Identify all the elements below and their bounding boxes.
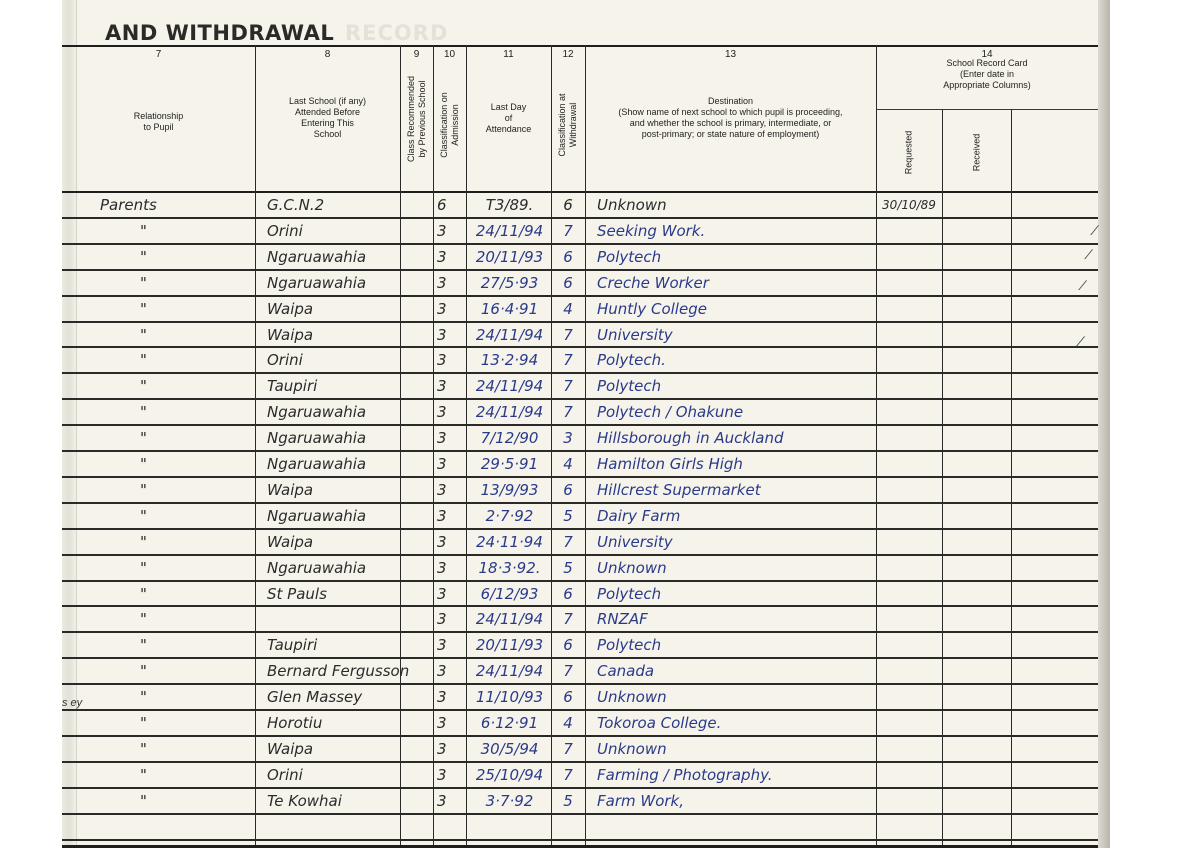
cell-class-withdrawal: 7 — [555, 322, 581, 348]
header-col10: Classification onAdmission — [439, 70, 461, 180]
table-row: "St Pauls36/12/936Polytech — [62, 581, 1098, 607]
cell-last-day: 25/10/94 — [468, 762, 551, 788]
cell-destination: Unknown — [597, 555, 874, 581]
cell-last-day: 3·7·92 — [468, 788, 551, 814]
cell-relationship: " — [140, 347, 280, 373]
table-row: "Ngaruawahia327/5·936Creche Worker — [62, 270, 1098, 296]
header-line: and whether the school is primary, inter… — [585, 118, 876, 129]
header-col7: Relationshipto Pupil — [62, 111, 255, 133]
cell-last-school: Waipa — [267, 296, 398, 322]
table-row: ParentsG.C.N.26T3/89.6Unknown30/10/89 — [62, 192, 1098, 218]
cell-last-day: 20/11/93 — [468, 632, 551, 658]
cell-relationship: " — [140, 503, 280, 529]
cell-class-withdrawal: 7 — [555, 218, 581, 244]
header-line: (Enter date in — [876, 69, 1098, 80]
column-number: 7 — [62, 49, 255, 60]
cell-destination: University — [597, 322, 874, 348]
table-row: "Orini313·2·947Polytech. — [62, 347, 1098, 373]
cell-class-admission: 6 — [437, 192, 461, 218]
table-row: "Waipa313/9/936Hillcrest Supermarket — [62, 477, 1098, 503]
column-number: 12 — [551, 49, 585, 60]
cell-last-school: Waipa — [267, 322, 398, 348]
cell-last-day: 16·4·91 — [468, 296, 551, 322]
header-line: Appropriate Columns) — [876, 80, 1098, 91]
cell-last-day: 24·11·94 — [468, 529, 551, 555]
cell-last-day: 24/11/94 — [468, 658, 551, 684]
cell-destination: Tokoroa College. — [597, 710, 874, 736]
header-line: Last School (if any) — [255, 96, 400, 107]
header-line: to Pupil — [62, 122, 255, 133]
cell-class-withdrawal: 4 — [555, 296, 581, 322]
header-col12: Classification atWithdrawal — [557, 70, 579, 180]
cell-destination: Unknown — [597, 736, 874, 762]
cell-destination: Polytech — [597, 244, 874, 270]
cell-last-school: G.C.N.2 — [267, 192, 398, 218]
header-col8: Last School (if any)Attended BeforeEnter… — [255, 96, 400, 140]
cell-last-school: Waipa — [267, 529, 398, 555]
cell-class-admission: 3 — [437, 477, 461, 503]
column-number: 11 — [466, 49, 551, 60]
cell-last-day: 24/11/94 — [468, 399, 551, 425]
cell-class-withdrawal: 6 — [555, 684, 581, 710]
cell-destination: Unknown — [597, 684, 874, 710]
column-number: 10 — [433, 49, 466, 60]
header-line: Attended Before — [255, 107, 400, 118]
cell-destination: Dairy Farm — [597, 503, 874, 529]
header-col11: Last DayofAttendance — [466, 102, 551, 135]
cell-last-school: Te Kowhai — [267, 788, 398, 814]
check-mark-icon: ∕ — [1080, 333, 1082, 349]
cell-class-admission: 3 — [437, 503, 461, 529]
cell-last-school: Taupiri — [267, 373, 398, 399]
cell-relationship: " — [140, 762, 280, 788]
cell-last-day: 24/11/94 — [468, 218, 551, 244]
cell-last-school: Ngaruawahia — [267, 503, 398, 529]
cell-relationship: " — [140, 632, 280, 658]
cell-last-day: 13/9/93 — [468, 477, 551, 503]
cell-class-admission: 3 — [437, 684, 461, 710]
table-row: "Orini324/11/947Seeking Work. — [62, 218, 1098, 244]
table-row: "Glen Massey311/10/936Unknown — [62, 684, 1098, 710]
cell-class-withdrawal: 7 — [555, 762, 581, 788]
header-col14: School Record Card(Enter date inAppropri… — [876, 58, 1098, 91]
header-line: School — [255, 129, 400, 140]
cell-relationship: " — [140, 399, 280, 425]
cell-class-admission: 3 — [437, 270, 461, 296]
cell-class-admission: 3 — [437, 373, 461, 399]
header-line: Attendance — [466, 124, 551, 135]
cell-relationship: " — [140, 555, 280, 581]
cell-destination: RNZAF — [597, 606, 874, 632]
header-line: (Show name of next school to which pupil… — [585, 107, 876, 118]
cell-last-day: 2·7·92 — [468, 503, 551, 529]
cell-destination: Seeking Work. — [597, 218, 874, 244]
cell-destination: Farming / Photography. — [597, 762, 874, 788]
check-mark-icon: ∕ — [1082, 277, 1084, 293]
header-line: Relationship — [62, 111, 255, 122]
cell-class-withdrawal: 5 — [555, 788, 581, 814]
cell-relationship: Parents — [100, 192, 240, 218]
cell-last-day: 27/5·93 — [468, 270, 551, 296]
header-line: Class Recommended — [406, 59, 417, 179]
cell-last-day: 24/11/94 — [468, 606, 551, 632]
cell-class-withdrawal: 6 — [555, 581, 581, 607]
cell-class-admission: 3 — [437, 296, 461, 322]
cell-class-admission: 3 — [437, 244, 461, 270]
cell-class-admission: 3 — [437, 347, 461, 373]
table-row: "Waipa330/5/947Unknown — [62, 736, 1098, 762]
header-line: Admission — [450, 70, 461, 180]
table-row: "Ngaruawahia318·3·92.5Unknown — [62, 555, 1098, 581]
cell-class-withdrawal: 7 — [555, 399, 581, 425]
header-col9: Class Recommendedby Previous School — [406, 59, 428, 179]
cell-last-day: 11/10/93 — [468, 684, 551, 710]
cell-class-withdrawal: 6 — [555, 270, 581, 296]
cell-class-withdrawal: 4 — [555, 710, 581, 736]
cell-last-school: Ngaruawahia — [267, 425, 398, 451]
left-margin-note: s ey — [62, 697, 82, 709]
cell-class-withdrawal: 6 — [555, 192, 581, 218]
cell-last-school: Ngaruawahia — [267, 244, 398, 270]
cell-class-admission: 3 — [437, 555, 461, 581]
header-col13: Destination(Show name of next school to … — [585, 96, 876, 140]
cell-class-admission: 3 — [437, 218, 461, 244]
cell-destination: Polytech. — [597, 347, 874, 373]
cell-class-admission: 3 — [437, 399, 461, 425]
cell-destination: Hamilton Girls High — [597, 451, 874, 477]
cell-last-day: 30/5/94 — [468, 736, 551, 762]
column-number: 8 — [255, 49, 400, 60]
column-number: 13 — [585, 49, 876, 60]
table-row: "Ngaruawahia37/12/903Hillsborough in Auc… — [62, 425, 1098, 451]
cell-destination: Polytech — [597, 632, 874, 658]
cell-last-school: Ngaruawahia — [267, 270, 398, 296]
cell-last-school: St Pauls — [267, 581, 398, 607]
cell-last-school: Glen Massey — [267, 684, 398, 710]
header-line: by Previous School — [417, 59, 428, 179]
cell-last-school: Horotiu — [267, 710, 398, 736]
cell-class-admission: 3 — [437, 658, 461, 684]
cell-class-withdrawal: 5 — [555, 503, 581, 529]
cell-relationship: " — [140, 710, 280, 736]
page-title: AND WITHDRAWAL — [105, 21, 334, 45]
cell-class-withdrawal: 7 — [555, 347, 581, 373]
cell-last-school: Ngaruawahia — [267, 555, 398, 581]
check-mark-icon: ∕ — [1094, 222, 1096, 238]
cell-last-day: 18·3·92. — [468, 555, 551, 581]
cell-class-admission: 3 — [437, 632, 461, 658]
cell-class-withdrawal: 5 — [555, 555, 581, 581]
cell-last-day: 24/11/94 — [468, 373, 551, 399]
cell-destination: Hillcrest Supermarket — [597, 477, 874, 503]
cell-class-admission: 3 — [437, 606, 461, 632]
header-line: Classification at — [557, 70, 568, 180]
cell-relationship: " — [140, 244, 280, 270]
cell-class-admission: 3 — [437, 529, 461, 555]
cell-destination: Creche Worker — [597, 270, 874, 296]
header-line: Entering This — [255, 118, 400, 129]
cell-last-school: Orini — [267, 347, 398, 373]
cell-relationship: " — [140, 529, 280, 555]
cell-last-day: 29·5·91 — [468, 451, 551, 477]
cell-requested: 30/10/89 — [878, 192, 940, 218]
header-line: of — [466, 113, 551, 124]
cell-destination: Polytech — [597, 581, 874, 607]
cell-class-withdrawal: 6 — [555, 244, 581, 270]
cell-class-withdrawal: 6 — [555, 477, 581, 503]
cell-destination: Hillsborough in Auckland — [597, 425, 874, 451]
table-row: "Waipa316·4·914Huntly College — [62, 296, 1098, 322]
cell-class-withdrawal: 7 — [555, 658, 581, 684]
table-row: "Horotiu36·12·914Tokoroa College. — [62, 710, 1098, 736]
cell-last-school: Waipa — [267, 736, 398, 762]
cell-last-school: Taupiri — [267, 632, 398, 658]
table-row: "Te Kowhai33·7·925Farm Work, — [62, 788, 1098, 814]
subheader-requested: Requested — [904, 113, 915, 193]
record-card-subheader-rule — [876, 109, 1098, 110]
cell-relationship: " — [140, 736, 280, 762]
cell-relationship: " — [140, 322, 280, 348]
cell-last-day: T3/89. — [468, 192, 551, 218]
subheader-received: Received — [971, 113, 982, 193]
cell-last-school: Orini — [267, 762, 398, 788]
cell-class-admission: 3 — [437, 425, 461, 451]
cell-destination: Polytech — [597, 373, 874, 399]
cell-last-day: 20/11/93 — [468, 244, 551, 270]
cell-class-withdrawal: 7 — [555, 373, 581, 399]
table-row: "Taupiri320/11/936Polytech — [62, 632, 1098, 658]
header-line: School Record Card — [876, 58, 1098, 69]
check-mark-icon: ∕ — [1088, 246, 1090, 262]
cell-class-admission: 3 — [437, 736, 461, 762]
bleed-through-title: RECORD — [345, 21, 448, 45]
table-row: "Bernard Fergusson324/11/947Canada — [62, 658, 1098, 684]
cell-destination: Farm Work, — [597, 788, 874, 814]
table-row: "Ngaruawahia324/11/947Polytech / Ohakune — [62, 399, 1098, 425]
cell-destination: Huntly College — [597, 296, 874, 322]
cell-relationship: " — [140, 788, 280, 814]
cell-last-school: Orini — [267, 218, 398, 244]
header-line: Destination — [585, 96, 876, 107]
cell-relationship: " — [140, 270, 280, 296]
table-row: "Orini325/10/947Farming / Photography. — [62, 762, 1098, 788]
table-row: "Waipa324/11/947University — [62, 322, 1098, 348]
table-row: "Ngaruawahia329·5·914Hamilton Girls High — [62, 451, 1098, 477]
cell-last-day: 13·2·94 — [468, 347, 551, 373]
cell-relationship: " — [140, 477, 280, 503]
header-line: Last Day — [466, 102, 551, 113]
cell-destination: Canada — [597, 658, 874, 684]
cell-last-school: Ngaruawahia — [267, 399, 398, 425]
cell-class-admission: 3 — [437, 451, 461, 477]
cell-last-day: 6/12/93 — [468, 581, 551, 607]
cell-last-day: 24/11/94 — [468, 322, 551, 348]
table-row: "324/11/947RNZAF — [62, 606, 1098, 632]
cell-relationship: " — [140, 296, 280, 322]
cell-last-day: 6·12·91 — [468, 710, 551, 736]
cell-relationship: " — [140, 425, 280, 451]
page-right-edge — [1098, 0, 1110, 848]
cell-class-withdrawal: 4 — [555, 451, 581, 477]
cell-class-withdrawal: 6 — [555, 632, 581, 658]
cell-relationship: " — [140, 606, 280, 632]
cell-relationship: " — [140, 373, 280, 399]
cell-relationship: " — [140, 684, 280, 710]
table-row: "Taupiri324/11/947Polytech — [62, 373, 1098, 399]
header-line: post-primary; or state nature of employm… — [585, 129, 876, 140]
cell-class-admission: 3 — [437, 762, 461, 788]
cell-last-school: Ngaruawahia — [267, 451, 398, 477]
cell-destination: Unknown — [597, 192, 874, 218]
cell-last-school: Bernard Fergusson — [267, 658, 398, 684]
cell-class-admission: 3 — [437, 788, 461, 814]
table-row: "Ngaruawahia32·7·925Dairy Farm — [62, 503, 1098, 529]
cell-relationship: " — [140, 451, 280, 477]
header-top-rule — [62, 45, 1098, 47]
cell-destination: Polytech / Ohakune — [597, 399, 874, 425]
cell-class-withdrawal: 7 — [555, 736, 581, 762]
cell-class-withdrawal: 3 — [555, 425, 581, 451]
cell-relationship: " — [140, 658, 280, 684]
cell-class-withdrawal: 7 — [555, 529, 581, 555]
cell-class-admission: 3 — [437, 581, 461, 607]
cell-relationship: " — [140, 581, 280, 607]
cell-class-admission: 3 — [437, 322, 461, 348]
table-row: "Waipa324·11·947University — [62, 529, 1098, 555]
header-line: Withdrawal — [568, 70, 579, 180]
cell-last-school: Waipa — [267, 477, 398, 503]
cell-destination: University — [597, 529, 874, 555]
cell-last-day: 7/12/90 — [468, 425, 551, 451]
cell-class-admission: 3 — [437, 710, 461, 736]
cell-class-withdrawal: 7 — [555, 606, 581, 632]
cell-relationship: " — [140, 218, 280, 244]
table-row: "Ngaruawahia320/11/936Polytech — [62, 244, 1098, 270]
header-line: Classification on — [439, 70, 450, 180]
